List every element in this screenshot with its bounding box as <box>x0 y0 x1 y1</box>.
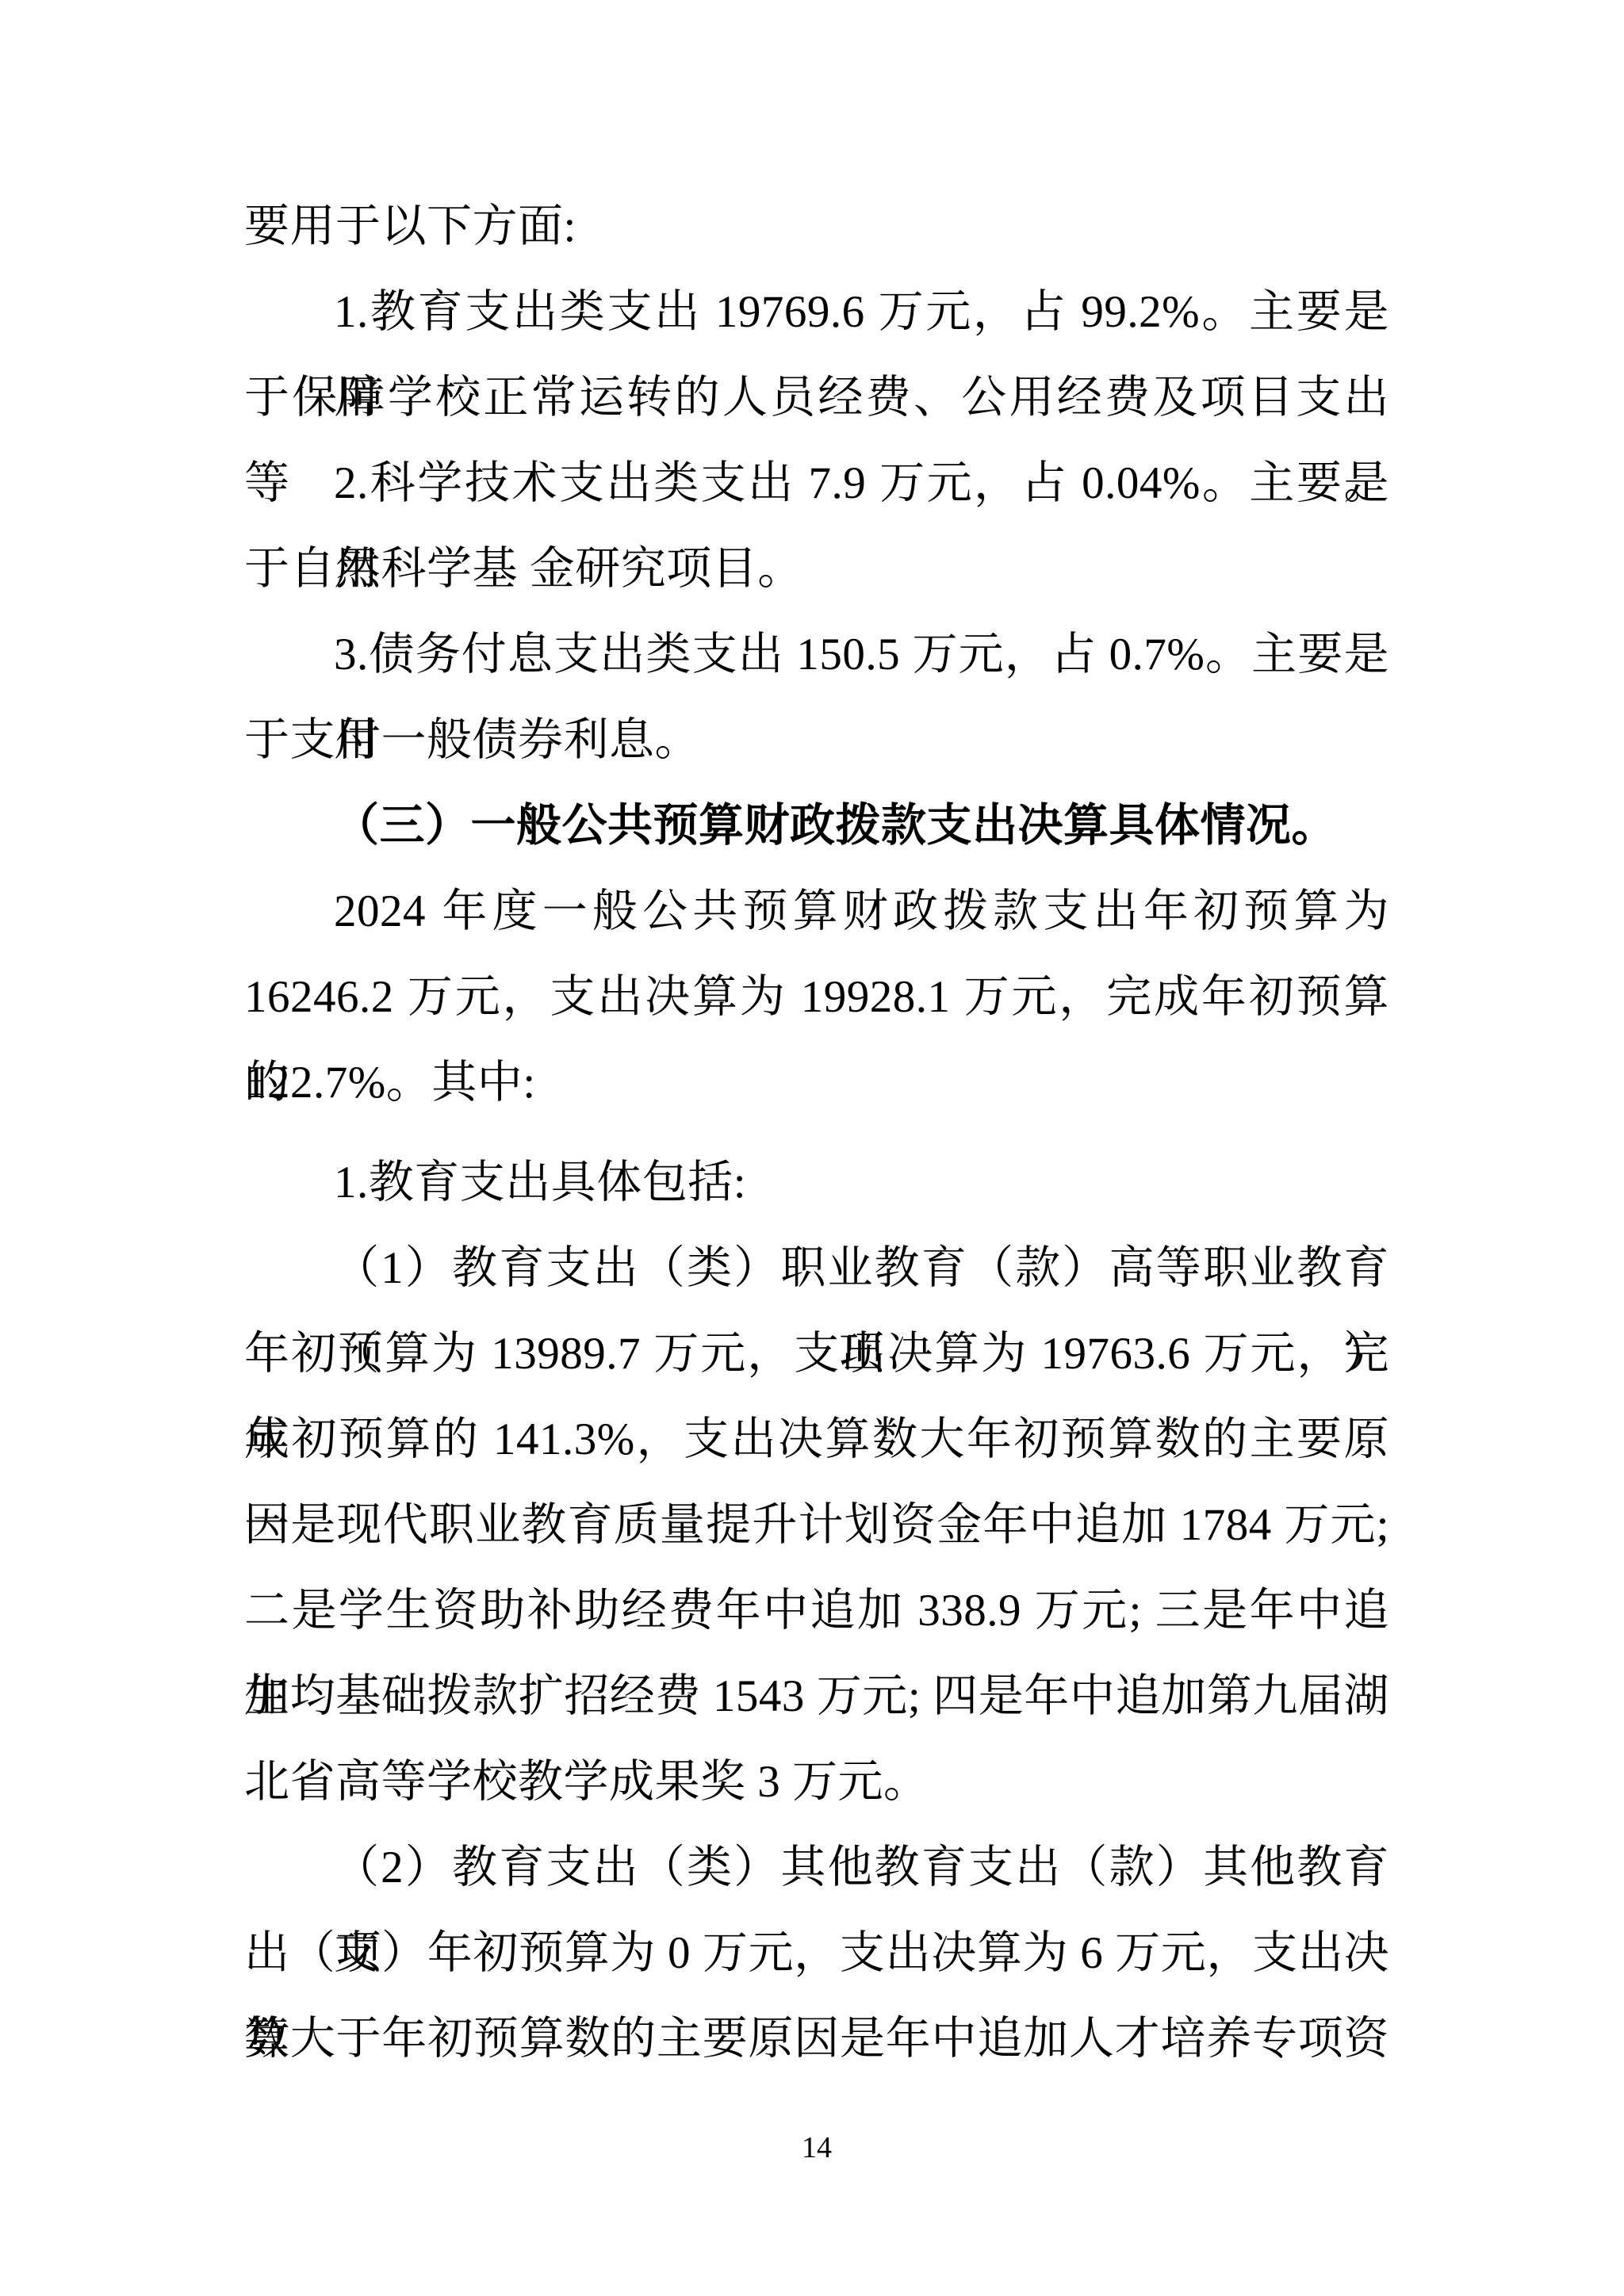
text-line: 122.7%。其中: <box>244 1040 1389 1126</box>
text-line: 二是学生资助补助经费年中追加 338.9 万元; 三是年中追加 <box>244 1568 1389 1654</box>
text-line: 出（项）年初预算为 0 万元，支出决算为 6 万元，支出决算 <box>244 1911 1389 1996</box>
text-line: 于自然科学基 金研究项目。 <box>244 526 1389 612</box>
text-line: 北省高等学校教学成果奖 3 万元。 <box>244 1739 1389 1825</box>
text-line: 数大于年初预算数的主要原因是年中追加人才培养专项资 <box>244 1996 1389 2082</box>
text-line: 生均基础拨款扩招经费 1543 万元; 四是年中追加第九届湖 <box>244 1654 1389 1739</box>
section-heading: （三）一般公共预算财政拨款支出决算具体情况。 <box>244 783 1389 869</box>
text-line: 于支付一般债券利息。 <box>244 698 1389 783</box>
text-line: 1.教育支出具体包括: <box>244 1140 1389 1226</box>
text-line: （1）教育支出（类）职业教育（款）高等职业教育（项） <box>244 1226 1389 1311</box>
text-line: 16246.2 万元，支出决算为 19928.1 万元，完成年初预算的 <box>244 955 1389 1040</box>
text-line: 3.债务付息支出类支出 150.5 万元，占 0.7%。主要是用 <box>244 612 1389 698</box>
document-body: 要用于以下方面: 1.教育支出类支出 19769.6 万元，占 99.2%。主要… <box>244 184 1389 2082</box>
text-line: 2024 年度一般公共预算财政拨款支出年初预算为 <box>244 869 1389 955</box>
page-number: 14 <box>244 2131 1389 2164</box>
text-line: 一是现代职业教育质量提升计划资金年中追加 1784 万元; <box>244 1483 1389 1568</box>
text-line: 于保障学校正常运转的人员经费、公用经费及项目支出等。 <box>244 355 1389 441</box>
text-line: 2.科学技术支出类支出 7.9 万元，占 0.04%。主要是用 <box>244 441 1389 526</box>
document-page: 要用于以下方面: 1.教育支出类支出 19769.6 万元，占 99.2%。主要… <box>0 0 1624 2296</box>
text-line: 1.教育支出类支出 19769.6 万元，占 99.2%。主要是用 <box>244 270 1389 355</box>
text-line: （2）教育支出（类）其他教育支出（款）其他教育支 <box>244 1825 1389 1911</box>
text-line: 年初预算为 13989.7 万元，支出决算为 19763.6 万元，完成 <box>244 1311 1389 1397</box>
text-line: 年初预算的 141.3%，支出决算数大年初预算数的主要原因: <box>244 1397 1389 1483</box>
text-line: 要用于以下方面: <box>244 184 1389 270</box>
